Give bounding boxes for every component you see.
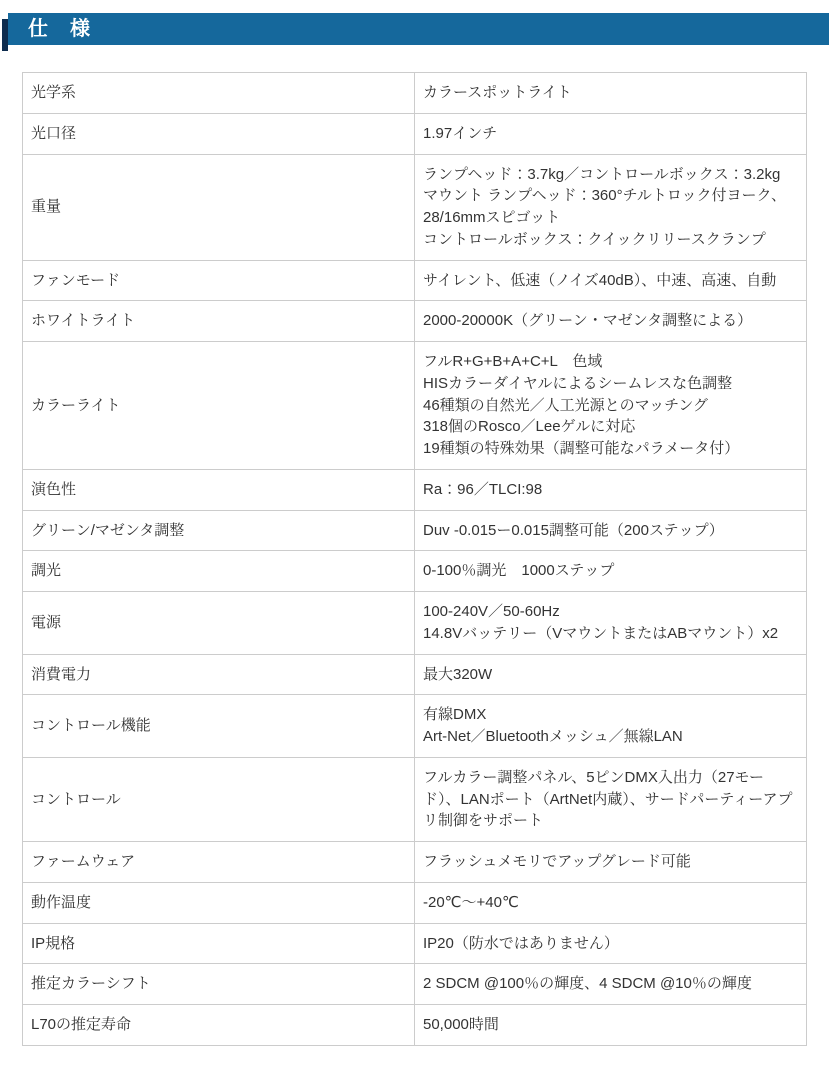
- table-row: IP規格IP20（防水ではありません）: [23, 923, 807, 964]
- spec-value: フラッシュメモリでアップグレード可能: [415, 842, 807, 883]
- section-title-bar: 仕 様: [8, 13, 829, 45]
- spec-label: 光口径: [23, 113, 415, 154]
- spec-label: グリーン/マゼンタ調整: [23, 510, 415, 551]
- spec-value: Duv -0.015ー0.015調整可能（200ステップ）: [415, 510, 807, 551]
- spec-value: 1.97インチ: [415, 113, 807, 154]
- spec-value: 100-240V／50-60Hz 14.8Vバッテリー（VマウントまたはABマウ…: [415, 592, 807, 655]
- table-row: ファームウェアフラッシュメモリでアップグレード可能: [23, 842, 807, 883]
- spec-value: ランプヘッド：3.7kg／コントロールボックス：3.2kg マウント ランプヘッ…: [415, 154, 807, 260]
- table-row: 演色性Ra：96／TLCI:98: [23, 469, 807, 510]
- spec-value: 0-100％調光 1000ステップ: [415, 551, 807, 592]
- spec-value: 有線DMX Art-Net／Bluetoothメッシュ／無線LAN: [415, 695, 807, 758]
- spec-value: フルR+G+B+A+C+L 色域 HISカラーダイヤルによるシームレスな色調整 …: [415, 342, 807, 470]
- table-row: L70の推定寿命50,000時間: [23, 1005, 807, 1046]
- table-row: ファンモードサイレント、低速（ノイズ40dB）、中速、高速、自動: [23, 260, 807, 301]
- spec-label: IP規格: [23, 923, 415, 964]
- spec-value: 最大320W: [415, 654, 807, 695]
- table-row: コントロール機能有線DMX Art-Net／Bluetoothメッシュ／無線LA…: [23, 695, 807, 758]
- spec-label: 推定カラーシフト: [23, 964, 415, 1005]
- table-row: 消費電力最大320W: [23, 654, 807, 695]
- spec-value: 2000-20000K（グリーン・マゼンタ調整による）: [415, 301, 807, 342]
- spec-label: コントロール機能: [23, 695, 415, 758]
- spec-label: 動作温度: [23, 882, 415, 923]
- spec-label: L70の推定寿命: [23, 1005, 415, 1046]
- spec-label: ファームウェア: [23, 842, 415, 883]
- spec-table-body: 光学系カラースポットライト光口径1.97インチ重量ランプヘッド：3.7kg／コン…: [23, 73, 807, 1046]
- spec-label: カラーライト: [23, 342, 415, 470]
- table-row: グリーン/マゼンタ調整Duv -0.015ー0.015調整可能（200ステップ）: [23, 510, 807, 551]
- spec-table: 光学系カラースポットライト光口径1.97インチ重量ランプヘッド：3.7kg／コン…: [22, 72, 807, 1046]
- spec-value: 2 SDCM @100％の輝度、4 SDCM @10％の輝度: [415, 964, 807, 1005]
- spec-label: 演色性: [23, 469, 415, 510]
- spec-label: 重量: [23, 154, 415, 260]
- table-row: コントロールフルカラー調整パネル、5ピンDMX入出力（27モード）、LANポート…: [23, 757, 807, 841]
- spec-value: フルカラー調整パネル、5ピンDMX入出力（27モード）、LANポート（ArtNe…: [415, 757, 807, 841]
- spec-label: 調光: [23, 551, 415, 592]
- table-row: 重量ランプヘッド：3.7kg／コントロールボックス：3.2kg マウント ランプ…: [23, 154, 807, 260]
- table-row: 調光0-100％調光 1000ステップ: [23, 551, 807, 592]
- spec-label: 消費電力: [23, 654, 415, 695]
- table-row: 電源100-240V／50-60Hz 14.8Vバッテリー（VマウントまたはAB…: [23, 592, 807, 655]
- table-row: カラーライトフルR+G+B+A+C+L 色域 HISカラーダイヤルによるシームレ…: [23, 342, 807, 470]
- table-row: ホワイトライト2000-20000K（グリーン・マゼンタ調整による）: [23, 301, 807, 342]
- spec-label: 光学系: [23, 73, 415, 114]
- spec-label: コントロール: [23, 757, 415, 841]
- spec-page: 仕 様 光学系カラースポットライト光口径1.97インチ重量ランプヘッド：3.7k…: [0, 0, 829, 1080]
- spec-value: カラースポットライト: [415, 73, 807, 114]
- spec-label: ファンモード: [23, 260, 415, 301]
- spec-value: Ra：96／TLCI:98: [415, 469, 807, 510]
- table-row: 動作温度-20℃～+40℃: [23, 882, 807, 923]
- table-row: 光口径1.97インチ: [23, 113, 807, 154]
- table-row: 推定カラーシフト2 SDCM @100％の輝度、4 SDCM @10％の輝度: [23, 964, 807, 1005]
- spec-value: -20℃～+40℃: [415, 882, 807, 923]
- spec-value: IP20（防水ではありません）: [415, 923, 807, 964]
- spec-label: 電源: [23, 592, 415, 655]
- spec-value: サイレント、低速（ノイズ40dB）、中速、高速、自動: [415, 260, 807, 301]
- spec-value: 50,000時間: [415, 1005, 807, 1046]
- spec-label: ホワイトライト: [23, 301, 415, 342]
- section-title: 仕 様: [8, 19, 91, 39]
- table-row: 光学系カラースポットライト: [23, 73, 807, 114]
